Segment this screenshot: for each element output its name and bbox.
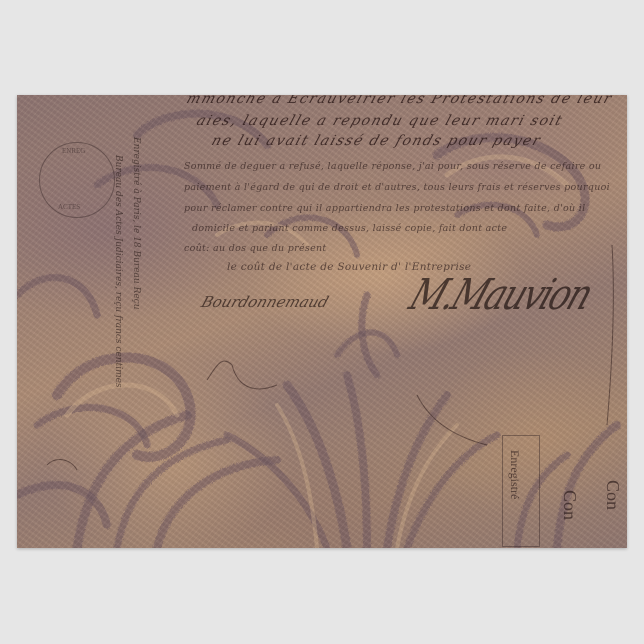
printed-line-5: coût: au dos que du présent (184, 243, 327, 254)
printed-line-3: pour réclamer contre qui il appartiendra… (184, 203, 585, 214)
stamp-bottom-text: ACTES (58, 203, 80, 211)
main-signature: M.Mauvion (403, 270, 598, 320)
corner-text-2: Con (559, 490, 580, 520)
printed-line-4: domicile et parlant comme dessus, laissé… (192, 223, 507, 234)
printed-line-2: paiement à l'égard de qui de droit et d'… (184, 182, 610, 193)
stamp-top-text: ENREG (62, 147, 85, 155)
corner-text-1: Enregistré (507, 450, 522, 499)
vertical-text-1: Enregistré à Paris, le 18 Bureau Reçu (131, 137, 141, 310)
printed-line-1: Sommé de deguer a refusé, laquelle répon… (184, 161, 601, 172)
textured-paper-image: ENREG ACTES mmonché à Ecrauvelrier les P… (17, 95, 627, 548)
handwriting-line-1: mmonché à Ecrauvelrier les Protestations… (184, 95, 614, 107)
handwriting-line-3: ne lui avait laissé de fonds pour payer (209, 133, 543, 149)
vertical-text-2: Bureau des Actes Judiciaires, reçu franc… (113, 155, 123, 388)
small-signature: Bourdonnemaud (199, 293, 331, 311)
corner-text-3: Con (602, 480, 623, 510)
handwriting-line-2: aies, laquelle a repondu que leur mari s… (194, 113, 565, 129)
postal-stamp-circle: ENREG ACTES (39, 142, 115, 218)
